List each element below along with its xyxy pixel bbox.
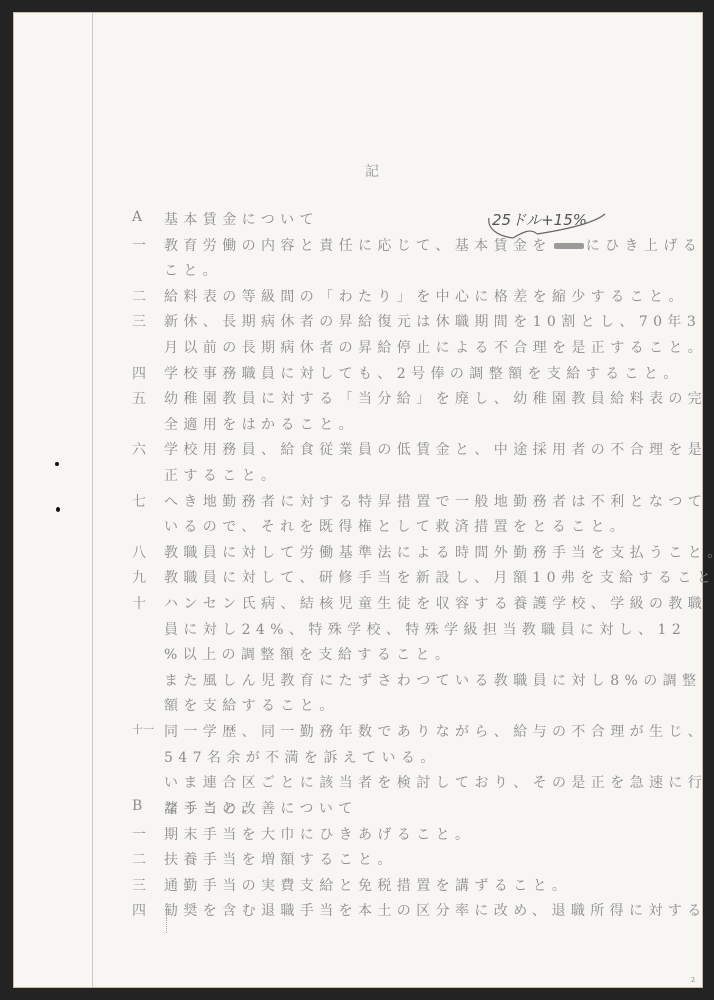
item-text-line: いるので、それを既得権として救済措置をとること。: [164, 516, 629, 536]
section-marker: B: [132, 798, 156, 814]
item-number: 六: [132, 439, 156, 459]
item-number: 五: [132, 388, 156, 408]
struck-out-text: [554, 243, 584, 249]
item-number: 二: [132, 286, 156, 306]
item-text-line: 給料表の等級間の「わたり」を中心に格差を縮少すること。: [164, 286, 688, 306]
item-text-line: 教職員に対して労働基準法による時間外勤務手当を支払うこと。: [164, 542, 714, 562]
item-text-line: 月以前の長期病休者の昇給停止による不合理を是正すること。: [164, 337, 707, 357]
item-text-line: 学校用務員、給食従業員の低賃金と、中途採用者の不合理を是: [164, 439, 707, 459]
item-text-line: 期末手当を大巾にひきあげること。: [164, 824, 474, 844]
item-number: 十一: [132, 721, 156, 737]
item-text-line: 額を支給すること。: [164, 695, 339, 715]
item-text-line: いま連合区ごとに該当者を検討しており、その是正を急速に行: [164, 772, 707, 792]
section-title: 諸手当の改善について: [164, 798, 358, 818]
item-text-line: 幼稚園教員に対する「当分給」を廃し、幼稚園教員給料表の完: [164, 388, 707, 408]
item-number: 十: [132, 593, 156, 613]
item-text-line: 同一学歴、同一勤務年数でありながら、給与の不合理が生じ、: [164, 721, 707, 741]
item-number: 一: [132, 824, 156, 844]
item-number: 四: [132, 900, 156, 920]
item-text-line: 員に対し24%、特殊学校、特殊学級担当教職員に対し、12: [164, 619, 686, 639]
section-marker: A: [132, 209, 156, 225]
item-text-line: 学校事務職員に対しても、2号俸の調整額を支給すること。: [164, 363, 683, 383]
item-text-line: また風しん児教育にたずさわつている教職員に対し8%の調整: [164, 670, 701, 690]
item-text-line: 全適用をはかること。: [164, 414, 358, 434]
item-text-line: 教職員に対して、研修手当を新設し、月額10弗を支給すること。: [164, 567, 714, 587]
item-text-line: 正すること。: [164, 465, 280, 485]
item-text-line: こと。: [164, 260, 222, 280]
continuation-mark: [166, 917, 168, 933]
item-text-line: 扶養手当を増額すること。: [164, 849, 397, 869]
item-number: 八: [132, 542, 156, 562]
document-page: 記 25ドル+15% A基本賃金について一教育労働の内容と責任に応じて、基本賃金…: [13, 12, 703, 988]
page-number: 2: [691, 977, 695, 984]
item-text-line: %以上の調整額を支給すること。: [164, 644, 454, 664]
item-number: 四: [132, 363, 156, 383]
item-text-line: ハンセン氏病、結核児童生徒を収容する養護学校、学級の教職: [164, 593, 707, 613]
document-body: 記 25ドル+15% A基本賃金について一教育労働の内容と責任に応じて、基本賃金…: [13, 12, 703, 988]
item-number: 七: [132, 491, 156, 511]
section-title: 基本賃金について: [164, 209, 319, 229]
item-number: 三: [132, 311, 156, 331]
item-text-line: 通勤手当の実費支給と免税措置を講ずること。: [164, 875, 571, 895]
item-text-line: 勧奨を含む退職手当を本土の区分率に改め、退職所得に対する: [164, 900, 707, 920]
item-number: 一: [132, 235, 156, 255]
item-number: 三: [132, 875, 156, 895]
item-text-line: 教育労働の内容と責任に応じて、基本賃金をにひき上げる: [164, 235, 702, 255]
item-number: 二: [132, 849, 156, 869]
item-text-line: 新休、長期病休者の昇給復元は休職期間を10割とし、70年3: [164, 311, 701, 331]
document-heading: 記: [365, 161, 384, 181]
item-text-line: 547名余が不満を訴えている。: [164, 747, 440, 767]
item-number: 九: [132, 567, 156, 587]
item-text-line: へき地勤務者に対する特昇措置で一般地勤務者は不利となつて: [164, 491, 707, 511]
